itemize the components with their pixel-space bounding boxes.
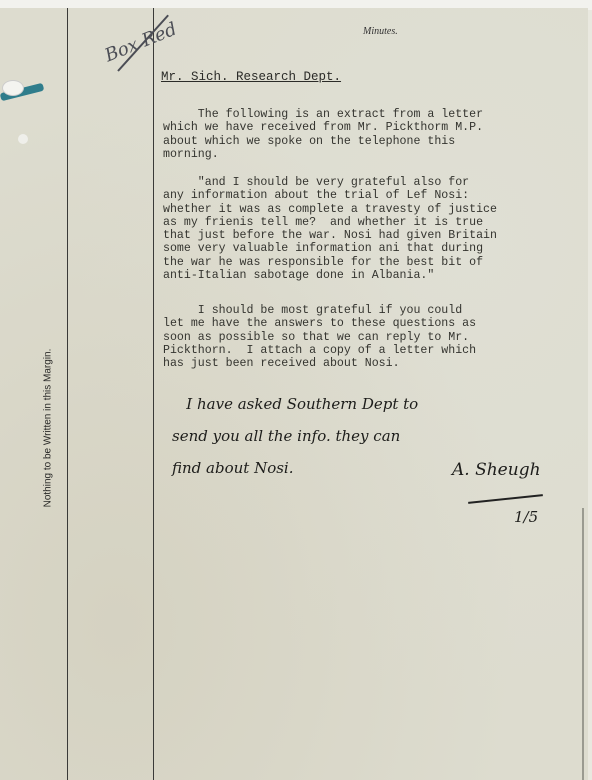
addressee: Mr. Sich. Research Dept. — [161, 70, 341, 84]
page-edge — [582, 508, 584, 780]
margin-instruction: Nothing to be Written in this Margin. — [43, 349, 54, 508]
paragraph-intro: The following is an extract from a lette… — [163, 108, 563, 161]
paragraph-request: I should be most grateful if you could l… — [163, 304, 563, 370]
handwritten-date: 1/5 — [514, 508, 538, 526]
margin-rule — [153, 8, 154, 780]
header-label: Minutes. — [363, 26, 398, 37]
minute-sheet: Nothing to be Written in this Margin. Mi… — [0, 8, 588, 780]
handwritten-note: I have asked Southern Dept to send you a… — [172, 388, 418, 484]
punch-hole — [18, 134, 28, 144]
paragraph-quote: "and I should be very grateful also for … — [163, 176, 563, 282]
signature-underline — [468, 494, 543, 504]
punch-hole — [2, 80, 24, 96]
signature: A. Sheugh — [452, 460, 541, 480]
margin-rule — [67, 8, 68, 780]
